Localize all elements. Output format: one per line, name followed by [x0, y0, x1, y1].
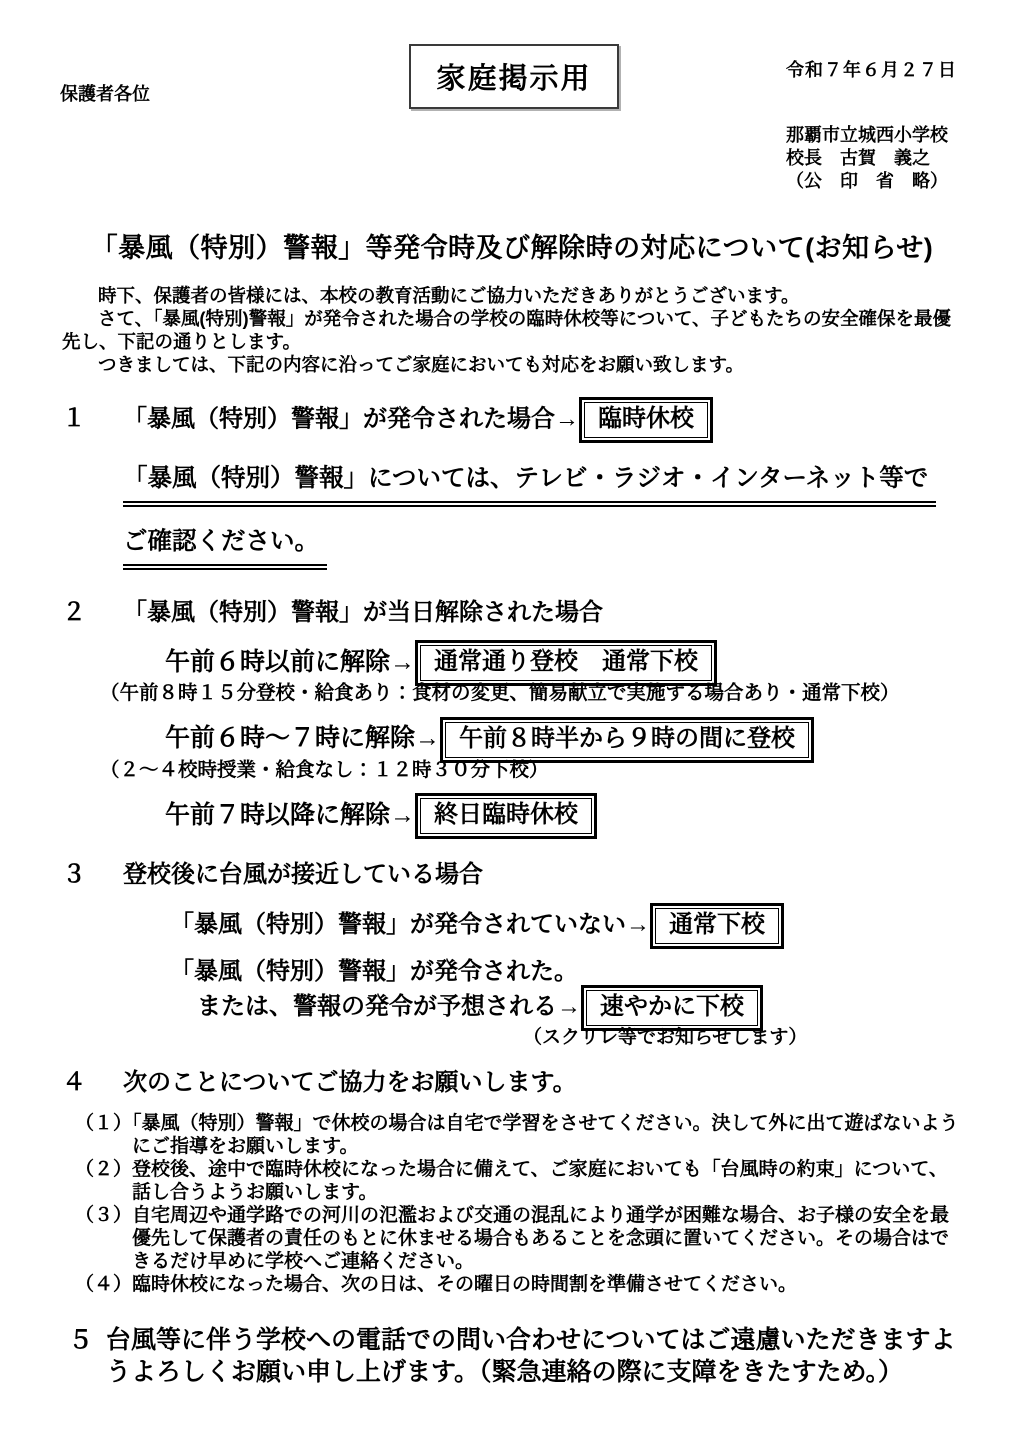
case-note: （午前８時１５分登校・給食あり：食材の変更、簡易献立で実施する場合あり・通常下校… — [100, 681, 984, 706]
recipient-label: 保護者各位 — [60, 80, 150, 106]
result-box-prompt-dismissal: 速やかに下校 — [586, 990, 758, 1026]
section-1-note-line-2: ご確認ください。 — [123, 525, 1024, 570]
section-4-heading-row: ４ 次のことについてご協力をお願いします。 — [62, 1066, 1024, 1100]
list-item: （４）臨時休校になった場合、次の日は、その曜日の時間割を準備させてください。 — [75, 1273, 966, 1296]
section-1-number: １ — [62, 402, 123, 436]
intro-paragraphs: 時下、保護者の皆様には、本校の教育活動にご協力いただきありがとうございます。 さ… — [62, 284, 964, 376]
section-2-number: ２ — [62, 596, 123, 630]
school-name: 那覇市立城西小学校 — [786, 124, 957, 147]
section-1-heading: 「暴風（特別）警報」が発令された場合→臨時休校 — [123, 402, 1024, 438]
school-signature-block: 那覇市立城西小学校 校長 古賀 義之 （公 印 省 略） — [786, 124, 957, 193]
section-5-row: ５ 台風等に伴う学校への電話での問い合わせについてはご遠慮いただきますようよろし… — [68, 1324, 968, 1388]
section-3-case2-note: （スクリレ等でお知らせします） — [523, 1026, 1024, 1050]
issue-date: 令和７年６月２７日 — [786, 56, 957, 82]
result-box-closed: 臨時休校 — [584, 402, 708, 438]
section-3-number: ３ — [62, 858, 123, 892]
document-page: 保護者各位 家庭掲示用 令和７年６月２７日 那覇市立城西小学校 校長 古賀 義之… — [0, 0, 1024, 1448]
case-note: （２～４校時授業・給食なし：１２時３０分下校） — [100, 758, 984, 783]
section-2-case-row: 午前７時以降に解除→終日臨時休校 — [165, 796, 1024, 834]
section-3-heading: 登校後に台風が接近している場合 — [123, 858, 1024, 892]
section-3-case2-line-1: 「暴風（特別）警報」が発令された。 — [170, 956, 1024, 988]
section-1-note-line-1: 「暴風（特別）警報」については、テレビ・ラジオ・インターネット等で — [123, 462, 1024, 507]
result-box-normal-school: 通常通り登校 通常下校 — [420, 645, 712, 681]
case-label: または、警報の発令が予想される→ — [197, 993, 581, 1020]
section-4-number: ４ — [62, 1066, 123, 1100]
result-box-all-day-closed: 終日臨時休校 — [420, 798, 592, 834]
seal-omitted-note: （公 印 省 略） — [786, 170, 957, 193]
header-right-block: 令和７年６月２７日 那覇市立城西小学校 校長 古賀 義之 （公 印 省 略） — [786, 56, 957, 193]
section-3-heading-row: ３ 登校後に台風が接近している場合 — [62, 858, 1024, 892]
section-3-case-row: 「暴風（特別）警報」が発令されていない→通常下校 — [170, 906, 1024, 944]
intro-paragraph: さて、「暴風(特別)警報」が発令された場合の学校の臨時休校等について、子どもたち… — [62, 307, 964, 353]
result-box-late-arrival: 午前８時半から９時の間に登校 — [445, 722, 809, 758]
case-label: 「暴風（特別）警報」が発令されていない→ — [170, 911, 650, 938]
document-header: 保護者各位 家庭掲示用 令和７年６月２７日 那覇市立城西小学校 校長 古賀 義之… — [0, 0, 1024, 196]
list-item: （２）登校後、途中で臨時休校になった場合に備えて、ご家庭においても「台風時の約束… — [75, 1158, 966, 1204]
section-4-item-list: （１）「暴風（特別）警報」で休校の場合は自宅で学習をさせてください。決して外に出… — [75, 1112, 966, 1296]
list-item: （３）自宅周辺や通学路での河川の氾濫および交通の混乱により通学が困難な場合、お子… — [75, 1204, 966, 1273]
case-label: 午前６時～７時に解除→ — [165, 724, 440, 752]
intro-paragraph: 時下、保護者の皆様には、本校の教育活動にご協力いただきありがとうございます。 — [62, 284, 964, 307]
section-4-heading: 次のことについてご協力をお願いします。 — [123, 1066, 1024, 1100]
principal-name: 校長 古賀 義之 — [786, 147, 957, 170]
section-5-text: 台風等に伴う学校への電話での問い合わせについてはご遠慮いただきますようよろしくお… — [106, 1324, 968, 1388]
section-3-case2-line-2: または、警報の発令が予想される→速やかに下校 — [197, 988, 1024, 1026]
intro-paragraph: つきましては、下記の内容に沿ってご家庭においても対応をお願い致します。 — [62, 353, 964, 376]
section-2-case-row: 午前６時～７時に解除→午前８時半から９時の間に登校 — [165, 719, 1024, 757]
section-5-number: ５ — [68, 1324, 106, 1388]
case-label: 午前７時以降に解除→ — [165, 801, 415, 829]
page-title: 「暴風（特別）警報」等発令時及び解除時の対応について(お知らせ) — [40, 230, 984, 266]
home-display-box: 家庭掲示用 — [409, 44, 619, 109]
list-item: （１）「暴風（特別）警報」で休校の場合は自宅で学習をさせてください。決して外に出… — [75, 1112, 966, 1158]
section-2-heading-row: ２ 「暴風（特別）警報」が当日解除された場合 — [62, 596, 1024, 630]
section-2-case-row: 午前６時以前に解除→通常通り登校 通常下校 — [165, 643, 1024, 681]
section-2-heading: 「暴風（特別）警報」が当日解除された場合 — [123, 596, 1024, 630]
case-label: 午前６時以前に解除→ — [165, 648, 415, 676]
section-1-heading-row: １ 「暴風（特別）警報」が発令された場合→臨時休校 — [62, 402, 1024, 438]
result-box-normal-dismissal: 通常下校 — [655, 908, 779, 944]
